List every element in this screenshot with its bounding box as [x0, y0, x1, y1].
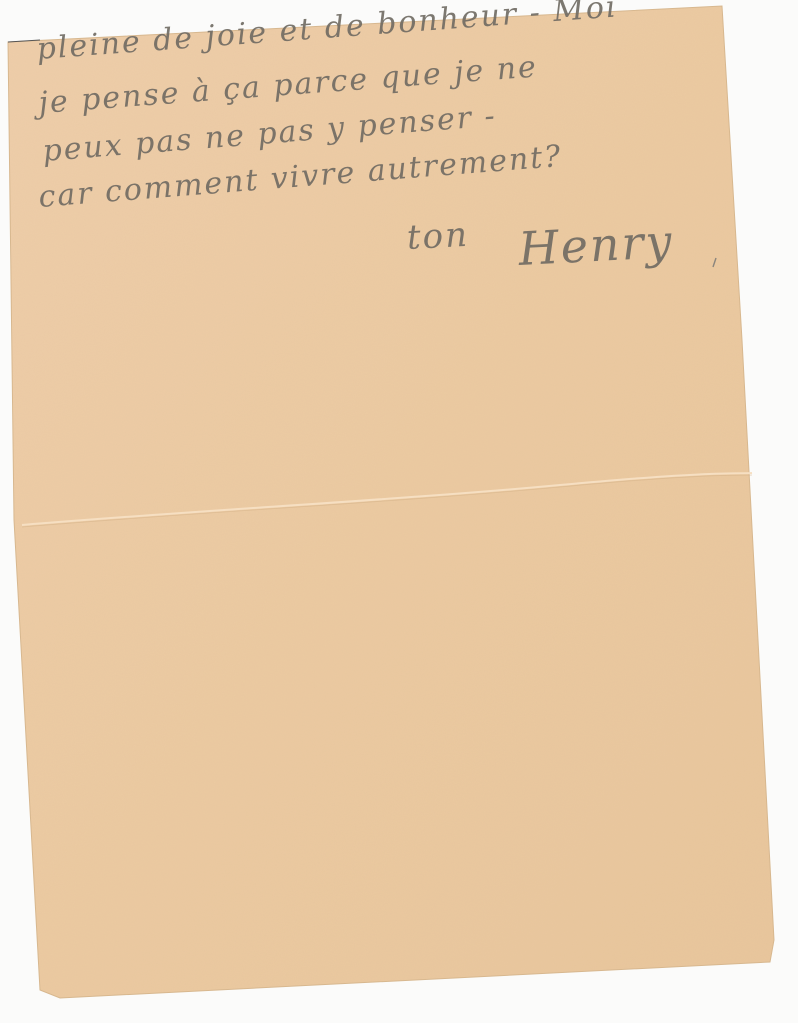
letter-page: pleine de joie et de bonheur - Moi je pe…	[0, 0, 798, 1023]
closing-word: ton	[406, 215, 470, 258]
signature: Henry	[517, 214, 675, 276]
